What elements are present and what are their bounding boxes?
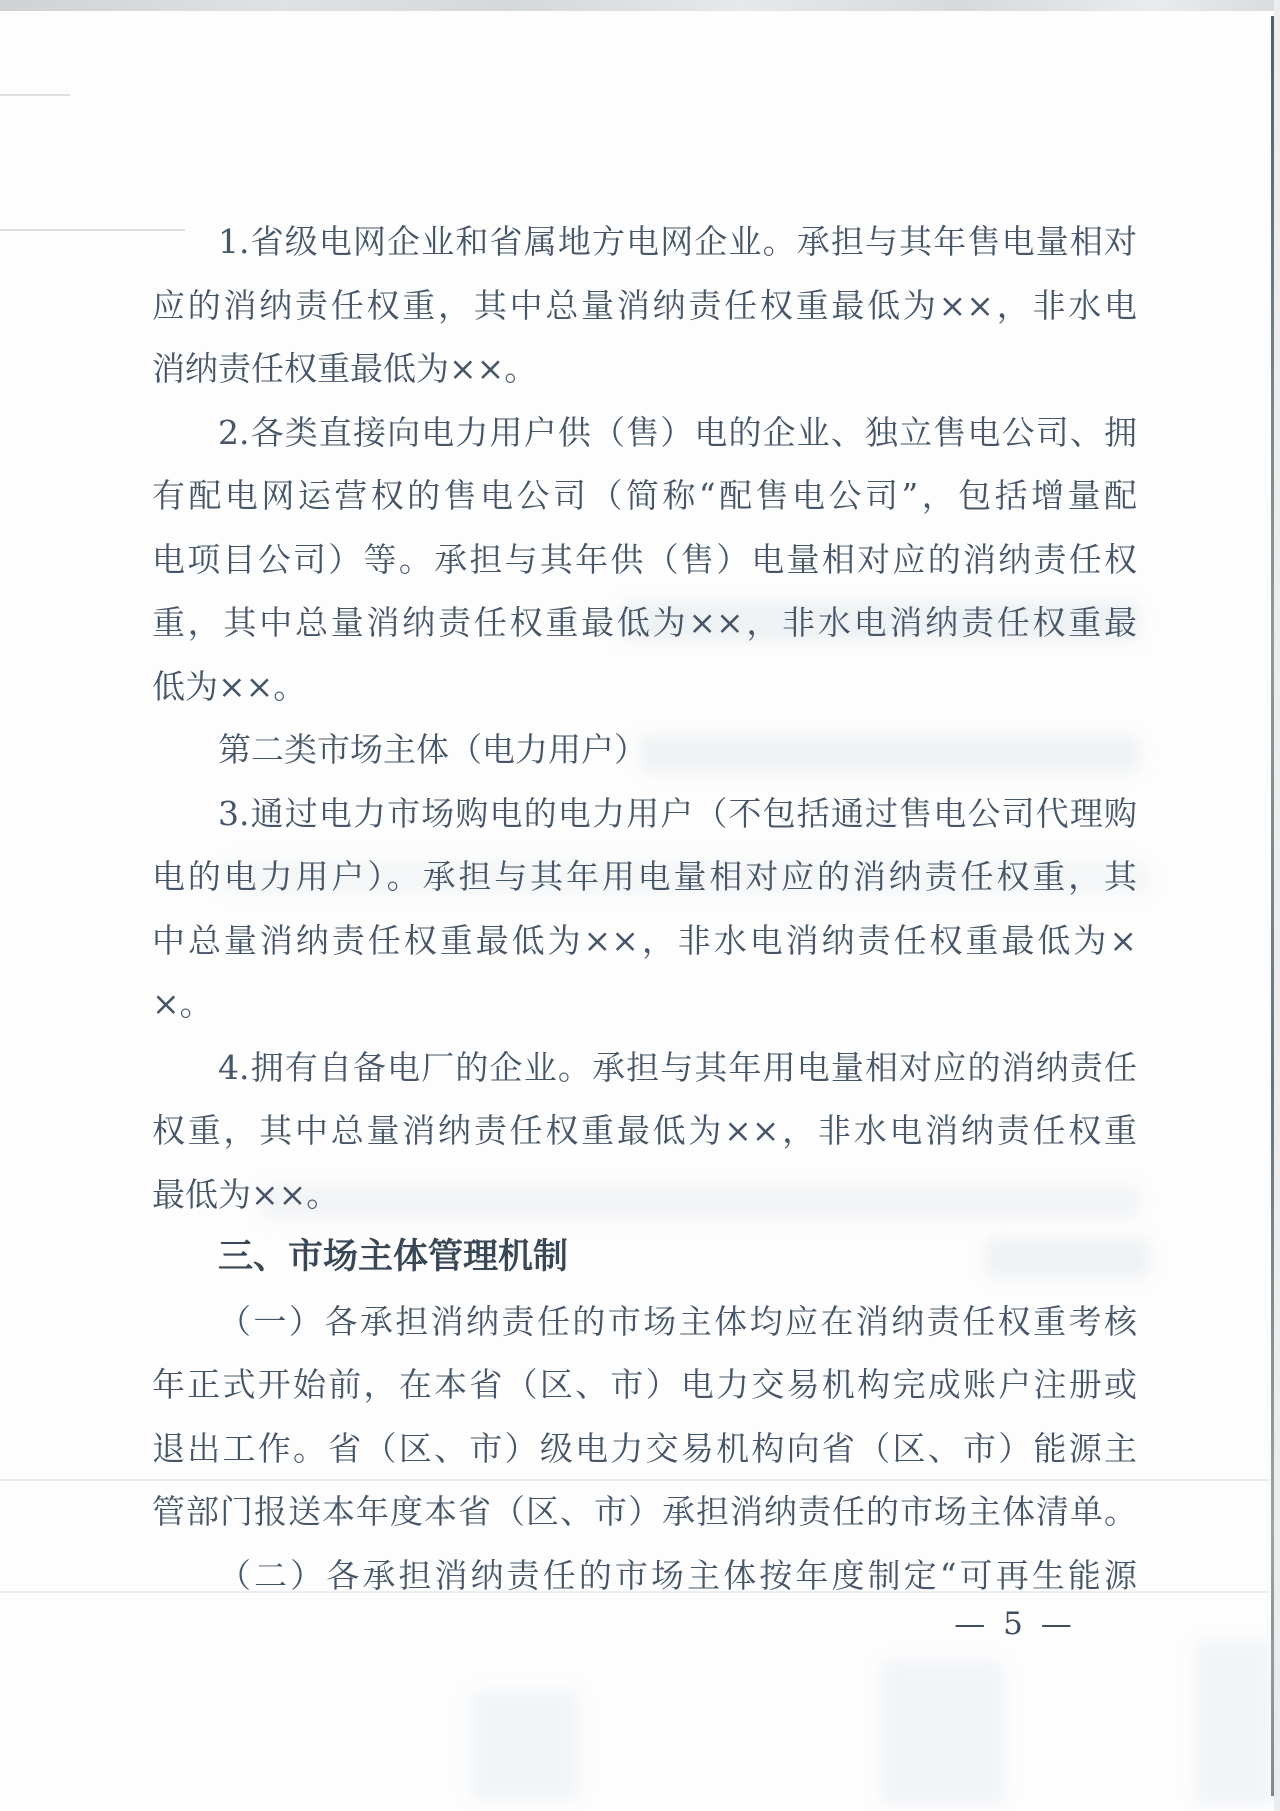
text-line: 电的电力用户）。承担与其年用电量相对应的消纳责任权重，其 — [152, 845, 1137, 909]
page-number: — 5 — — [940, 1604, 1090, 1644]
text-line: 消纳责任权重最低为××。 — [152, 337, 1137, 401]
text-line: 电项目公司）等。承担与其年供（售）电量相对应的消纳责任权 — [152, 528, 1137, 592]
text-line: （二）各承担消纳责任的市场主体按年度制定“可再生能源 — [152, 1544, 1137, 1608]
bleed-through-smudge — [880, 1660, 1005, 1805]
scan-top-edge-band — [0, 0, 1280, 11]
text-line: 第二类市场主体（电力用户） — [152, 718, 1137, 782]
text-line: 1.省级电网企业和省属地方电网企业。承担与其年售电量相对 — [152, 210, 1137, 274]
bleed-through-smudge — [1195, 1640, 1275, 1805]
text-line: 4.拥有自备电厂的企业。承担与其年用电量相对应的消纳责任 — [152, 1036, 1137, 1100]
text-line: 2.各类直接向电力用户供（售）电的企业、独立售电公司、拥 — [152, 401, 1137, 465]
text-line: 管部门报送本年度本省（区、市）承担消纳责任的市场主体清单。 — [152, 1480, 1137, 1544]
text-line: 退出工作。省（区、市）级电力交易机构向省（区、市）能源主 — [152, 1417, 1137, 1481]
scan-right-margin — [1274, 0, 1280, 1811]
text-line: 应的消纳责任权重，其中总量消纳责任权重最低为××，非水电 — [152, 274, 1137, 338]
bleed-through-smudge — [470, 1690, 580, 1800]
text-line: ×。 — [152, 972, 1137, 1036]
scan-right-edge-line — [1271, 16, 1274, 1796]
text-line: 年正式开始前，在本省（区、市）电力交易机构完成账户注册或 — [152, 1353, 1137, 1417]
text-line: 权重，其中总量消纳责任权重最低为××，非水电消纳责任权重 — [152, 1099, 1137, 1163]
text-line: 3.通过电力市场购电的电力用户（不包括通过售电公司代理购 — [152, 782, 1137, 846]
text-line: 最低为××。 — [152, 1163, 1137, 1227]
text-line: 低为××。 — [152, 655, 1137, 719]
text-line: 有配电网运营权的售电公司（简称“配售电公司”，包括增量配 — [152, 464, 1137, 528]
scan-streak — [0, 94, 70, 96]
text-line: （一）各承担消纳责任的市场主体均应在消纳责任权重考核 — [152, 1290, 1137, 1354]
text-line: 中总量消纳责任权重最低为××，非水电消纳责任权重最低为× — [152, 909, 1137, 973]
text-line: 重，其中总量消纳责任权重最低为××，非水电消纳责任权重最 — [152, 591, 1137, 655]
document-body: 1.省级电网企业和省属地方电网企业。承担与其年售电量相对 应的消纳责任权重，其中… — [152, 210, 1137, 1607]
section-heading: 三、市场主体管理机制 — [152, 1226, 1137, 1290]
document-page: { "document": { "lines": [ "1.省级电网企业和省属地… — [0, 0, 1280, 1811]
